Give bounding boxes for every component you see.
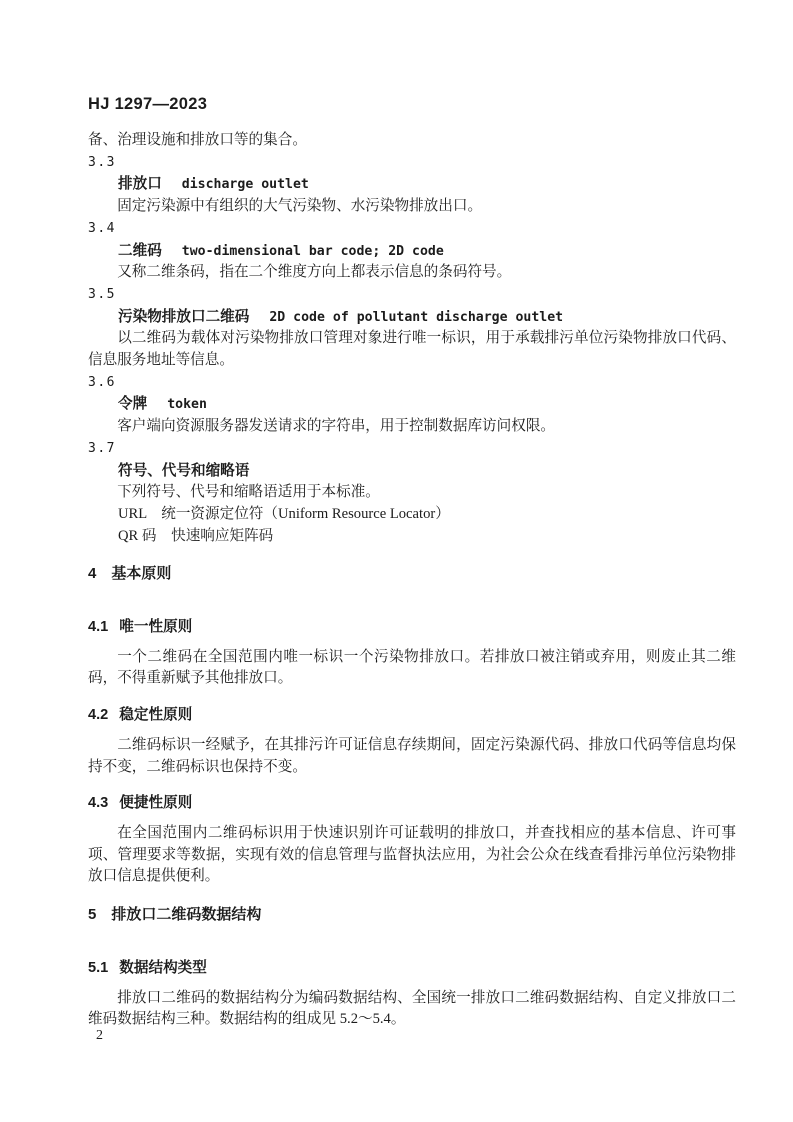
- abbreviation-qr: QR 码 快速响应矩阵码: [88, 526, 736, 548]
- subsection-heading: 4.2稳定性原则: [88, 705, 736, 727]
- paragraph: 一个二维码在全国范围内唯一标识一个污染物排放口。若排放口被注销或弃用，则废止其二…: [88, 647, 736, 690]
- subsection-title: 数据结构类型: [119, 960, 207, 976]
- term-clause-3-5: 3.5 污染物排放口二维码 2D code of pollutant disch…: [88, 284, 736, 372]
- subsection-4-1: 4.1唯一性原则 一个二维码在全国范围内唯一标识一个污染物排放口。若排放口被注销…: [88, 617, 736, 690]
- term-heading: 污染物排放口二维码 2D code of pollutant discharge…: [88, 306, 736, 329]
- clause-number: 3.3: [88, 152, 736, 174]
- subsection-number: 5.1: [88, 960, 108, 976]
- term-definition: 下列符号、代号和缩略语适用于本标准。: [88, 482, 736, 504]
- subsection-heading: 5.1数据结构类型: [88, 958, 736, 980]
- subsection-title: 便捷性原则: [119, 795, 192, 811]
- subsection-heading: 4.3便捷性原则: [88, 793, 736, 815]
- term-english: token: [167, 397, 207, 412]
- chapter-number: 5: [88, 906, 96, 923]
- subsection-number: 4.3: [88, 795, 108, 811]
- chapter-title: 基本原则: [111, 565, 171, 582]
- subsection-5-1: 5.1数据结构类型 排放口二维码的数据结构分为编码数据结构、全国统一排放口二维码…: [88, 958, 736, 1031]
- clause-number: 3.6: [88, 372, 736, 394]
- page-content: HJ 1297—2023 备、治理设施和排放口等的集合。 3.3 排放口 dis…: [88, 96, 736, 1046]
- page-number: 2: [96, 1028, 103, 1044]
- clause-number: 3.5: [88, 284, 736, 306]
- term-english: two-dimensional bar code; 2D code: [182, 244, 444, 259]
- standard-number: HJ 1297—2023: [88, 96, 736, 113]
- term-chinese: 符号、代号和缩略语: [118, 463, 249, 479]
- term-clause-3-6: 3.6 令牌 token 客户端向资源服务器发送请求的字符串，用于控制数据库访问…: [88, 372, 736, 438]
- carryover-text: 备、治理设施和排放口等的集合。: [88, 130, 736, 152]
- term-clause-3-4: 3.4 二维码 two-dimensional bar code; 2D cod…: [88, 218, 736, 284]
- document-page: HJ 1297—2023 备、治理设施和排放口等的集合。 3.3 排放口 dis…: [0, 0, 793, 1122]
- term-chinese: 令牌: [118, 396, 147, 412]
- term-heading: 二维码 two-dimensional bar code; 2D code: [88, 240, 736, 263]
- chapter-5: 5排放口二维码数据结构 5.1数据结构类型 排放口二维码的数据结构分为编码数据结…: [88, 904, 736, 1031]
- term-clause-3-7: 3.7 符号、代号和缩略语 下列符号、代号和缩略语适用于本标准。 URL 统一资…: [88, 438, 736, 548]
- chapter-heading: 4基本原则: [88, 563, 736, 585]
- paragraph: 在全国范围内二维码标识用于快速识别许可证载明的排放口，并查找相应的基本信息、许可…: [88, 823, 736, 888]
- paragraph: 二维码标识一经赋予，在其排污许可证信息存续期间，固定污染源代码、排放口代码等信息…: [88, 735, 736, 778]
- subsection-number: 4.1: [88, 619, 108, 635]
- term-definition: 客户端向资源服务器发送请求的字符串，用于控制数据库访问权限。: [88, 416, 736, 438]
- abbreviation-url: URL 统一资源定位符（Uniform Resource Locator）: [88, 504, 736, 526]
- term-chinese: 二维码: [118, 243, 162, 259]
- paragraph: 排放口二维码的数据结构分为编码数据结构、全国统一排放口二维码数据结构、自定义排放…: [88, 988, 736, 1031]
- term-definition: 固定污染源中有组织的大气污染物、水污染物排放出口。: [88, 196, 736, 218]
- term-heading: 令牌 token: [88, 393, 736, 416]
- subsection-title: 唯一性原则: [119, 619, 192, 635]
- subsection-title: 稳定性原则: [119, 707, 192, 723]
- chapter-title: 排放口二维码数据结构: [111, 906, 261, 923]
- term-chinese: 污染物排放口二维码: [118, 309, 249, 325]
- term-heading: 排放口 discharge outlet: [88, 173, 736, 196]
- term-english: 2D code of pollutant discharge outlet: [269, 310, 563, 325]
- clause-number: 3.7: [88, 438, 736, 460]
- chapter-4: 4基本原则 4.1唯一性原则 一个二维码在全国范围内唯一标识一个污染物排放口。若…: [88, 563, 736, 888]
- subsection-number: 4.2: [88, 707, 108, 723]
- term-definition: 又称二维条码，指在二个维度方向上都表示信息的条码符号。: [88, 262, 736, 284]
- subsection-4-2: 4.2稳定性原则 二维码标识一经赋予，在其排污许可证信息存续期间，固定污染源代码…: [88, 705, 736, 778]
- term-english: discharge outlet: [182, 177, 309, 192]
- term-definition: 以二维码为载体对污染物排放口管理对象进行唯一标识，用于承载排污单位污染物排放口代…: [88, 328, 736, 371]
- term-clause-3-3: 3.3 排放口 discharge outlet 固定污染源中有组织的大气污染物…: [88, 152, 736, 218]
- term-chinese: 排放口: [118, 176, 162, 192]
- subsection-heading: 4.1唯一性原则: [88, 617, 736, 639]
- chapter-number: 4: [88, 565, 96, 582]
- chapter-heading: 5排放口二维码数据结构: [88, 904, 736, 926]
- subsection-4-3: 4.3便捷性原则 在全国范围内二维码标识用于快速识别许可证载明的排放口，并查找相…: [88, 793, 736, 888]
- clause-number: 3.4: [88, 218, 736, 240]
- term-heading: 符号、代号和缩略语: [88, 460, 736, 483]
